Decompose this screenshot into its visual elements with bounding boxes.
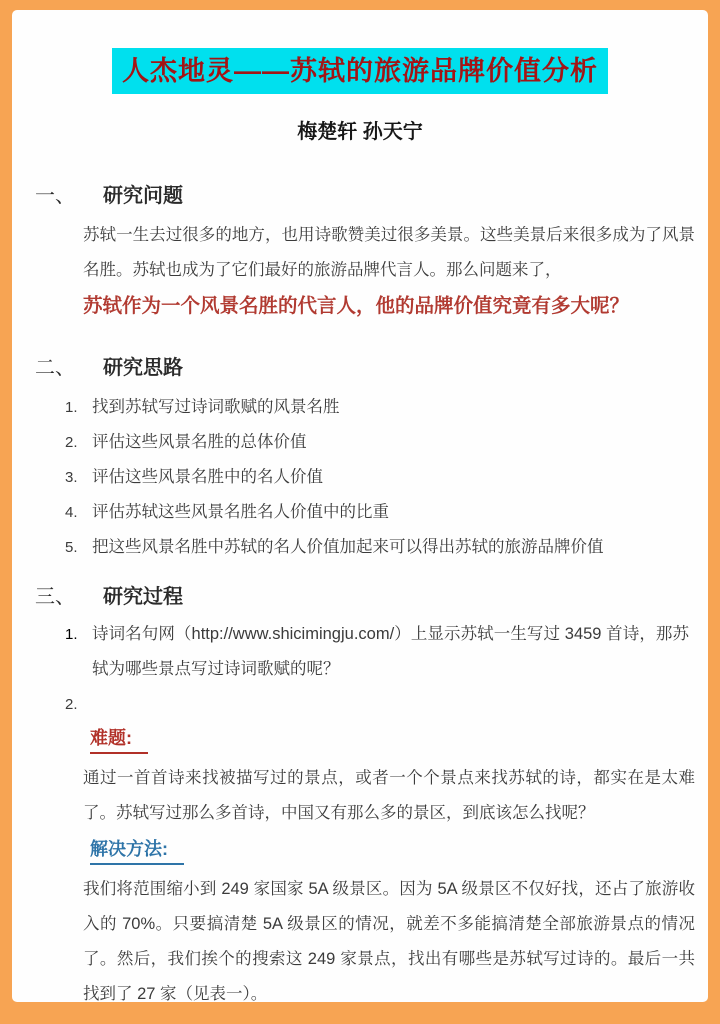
list-item-text: 评估这些风景名胜中的名人价值 [92,468,323,486]
list-item-number: 4. [65,496,92,530]
list-item: 4.评估苏轼这些风景名胜名人价值中的比重 [12,495,708,530]
problem-paragraph: 通过一首首诗来找被描写过的景点，或者一个个景点来找苏轼的诗，都实在是太难了。苏轼… [83,761,695,831]
list-item: 1.找到苏轼写过诗词歌赋的风景名胜 [12,390,708,425]
list-item-number: 2. [65,426,92,460]
problem-label-row: 难题: [90,722,708,757]
research-approach-list: 1.找到苏轼写过诗词歌赋的风景名胜 2.评估这些风景名胜的总体价值 3.评估这些… [12,390,708,565]
page-border-frame: 人杰地灵——苏轼的旅游品牌价值分析 梅楚轩 孙天宁 一、研究问题 苏轼一生去过很… [0,0,720,1024]
list-item-number: 3. [65,461,92,495]
section-1-paragraph: 苏轼一生去过很多的地方，也用诗歌赞美过很多美景。这些美景后来很多成为了风景名胜。… [83,218,695,288]
section-1-number: 一、 [35,182,103,210]
process-step-1: 1. 诗词名句网（http://www.shicimingju.com/）上显示… [65,617,708,687]
document-title: 人杰地灵——苏轼的旅游品牌价值分析 [112,48,608,94]
list-item-number: 2. [65,687,92,722]
list-item-text: 把这些风景名胜中苏轼的名人价值加起来可以得出苏轼的旅游品牌价值 [92,538,604,556]
problem-label: 难题: [90,725,148,754]
section-3-number: 三、 [35,583,103,611]
section-3-heading: 三、研究过程 [12,583,708,611]
list-item: 2.评估这些风景名胜的总体价值 [12,425,708,460]
section-1-title: 研究问题 [103,185,183,207]
research-question-text: 苏轼作为一个风景名胜的代言人，他的品牌价值究竟有多大呢？ [83,288,703,324]
list-item-number: 1. [65,617,92,687]
list-item-text: 找到苏轼写过诗词歌赋的风景名胜 [92,398,340,416]
list-item-number: 5. [65,531,92,565]
document-page: 人杰地灵——苏轼的旅游品牌价值分析 梅楚轩 孙天宁 一、研究问题 苏轼一生去过很… [12,10,708,1002]
list-item-text: 评估这些风景名胜的总体价值 [92,433,307,451]
section-2-title: 研究思路 [103,357,183,379]
process-step-2: 2. [65,687,708,722]
section-1-heading: 一、研究问题 [12,182,708,210]
list-item: 5.把这些风景名胜中苏轼的名人价值加起来可以得出苏轼的旅游品牌价值 [12,530,708,565]
list-item: 3.评估这些风景名胜中的名人价值 [12,460,708,495]
process-step-1-text: 诗词名句网（http://www.shicimingju.com/）上显示苏轼一… [92,617,689,687]
authors-line: 梅楚轩 孙天宁 [12,118,708,146]
list-item-text: 评估苏轼这些风景名胜名人价值中的比重 [92,503,389,521]
solution-label-row: 解决方法: [90,833,708,868]
list-item-number: 1. [65,391,92,425]
section-3-title: 研究过程 [103,586,183,608]
solution-paragraph: 我们将范围缩小到 249 家国家 5A 级景区。因为 5A 级景区不仅好找，还占… [83,872,695,1002]
section-2-heading: 二、研究思路 [12,354,708,382]
solution-label: 解决方法: [90,836,184,865]
section-2-number: 二、 [35,354,103,382]
title-row: 人杰地灵——苏轼的旅游品牌价值分析 [12,48,708,94]
